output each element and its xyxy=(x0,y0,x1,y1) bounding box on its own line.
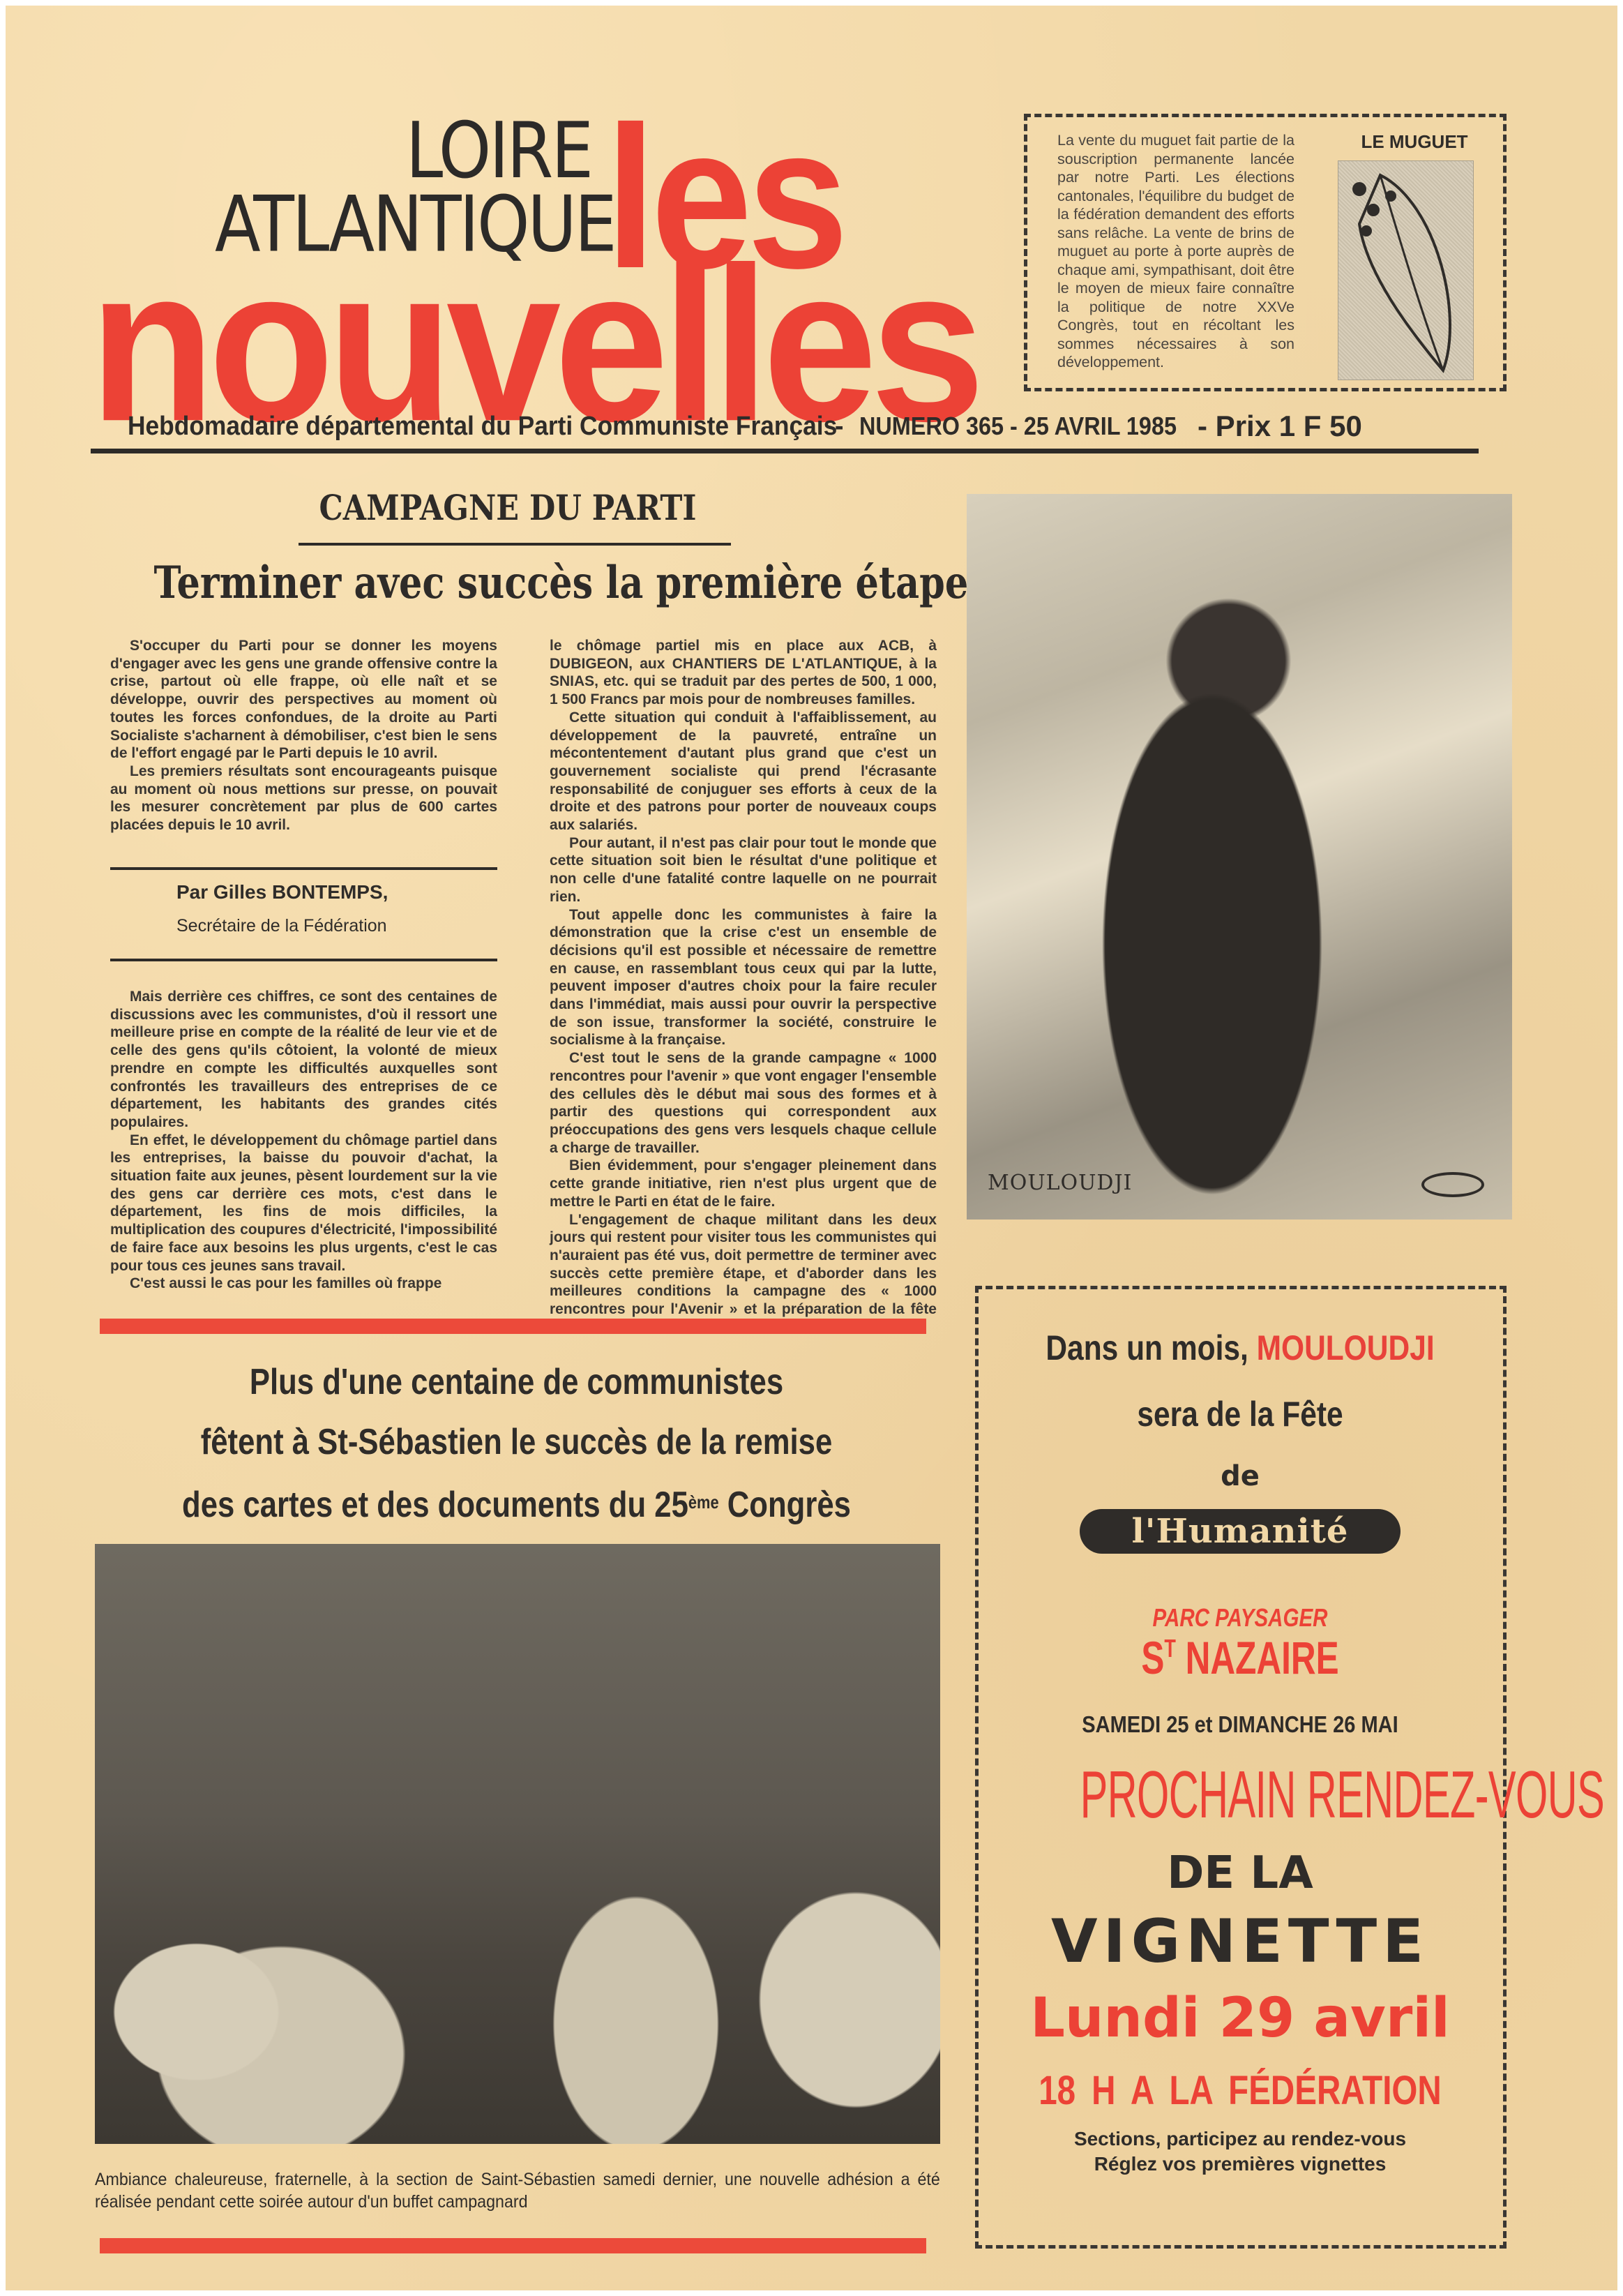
headline-line3-end: Congrès xyxy=(719,1485,851,1525)
ad-text: S xyxy=(1141,1632,1164,1683)
byline-top-rule xyxy=(110,867,497,870)
ad-date: Lundi 29 avril xyxy=(982,1987,1498,2050)
article-kicker: CAMPAGNE DU PARTI xyxy=(274,487,742,528)
headline-line: fêtent à St-Sébastien le succès de la re… xyxy=(160,1412,873,1472)
paragraph: Bien évidemment, pour s'engager pleineme… xyxy=(550,1157,937,1210)
masthead-subtitle-bar: Hebdomadaire départemental du Parti Comm… xyxy=(128,409,1495,444)
ad-time-place: 18 H A LA FÉDÉRATION xyxy=(1029,2067,1452,2114)
issue-price: - Prix 1 F 50 xyxy=(1198,410,1362,443)
record-label-logo-icon xyxy=(1421,1172,1484,1197)
section-red-rule-top xyxy=(100,1319,926,1334)
ad-note-line: Réglez vos premières vignettes xyxy=(982,2152,1498,2177)
byline-bottom-rule xyxy=(110,959,497,961)
section-red-rule-bottom xyxy=(100,2238,926,2253)
st-sebastien-photo xyxy=(95,1544,940,2144)
paragraph: Les premiers résultats sont encourageant… xyxy=(110,763,497,834)
article-col2-body: le chômage partiel mis en place aux ACB,… xyxy=(550,637,937,1336)
muguet-body: La vente du muguet fait partie de la sou… xyxy=(1057,131,1294,372)
ad-line-de: de xyxy=(982,1460,1498,1492)
paragraph: S'occuper du Parti pour se donner les mo… xyxy=(110,637,497,763)
masthead-title-nouvelles: nouvelles xyxy=(89,271,978,417)
paragraph: Pour autant, il n'est pas clair pour tou… xyxy=(550,834,937,906)
ad-artist-name: MOULOUDJI xyxy=(1257,1328,1435,1367)
lily-of-the-valley-icon xyxy=(1338,161,1474,381)
ad-vignette: VIGNETTE xyxy=(982,1907,1498,1976)
humanite-logo: l'Humanité xyxy=(1080,1509,1401,1554)
headline-line: Plus d'une centaine de communistes xyxy=(160,1352,873,1412)
ad-de-la: DE LA xyxy=(982,1847,1498,1899)
headline-line3-text: des cartes et des documents du 25 xyxy=(182,1485,688,1525)
masthead-divider xyxy=(91,449,1479,453)
paragraph: C'est tout le sens de la grande campagne… xyxy=(550,1049,937,1157)
ad-dates: SAMEDI 25 et DIMANCHE 26 MAI xyxy=(1013,1711,1467,1738)
ad-line-sera-de-la-fete: sera de la Fête xyxy=(1021,1394,1460,1434)
byline-author: Par Gilles BONTEMPS, xyxy=(176,881,388,903)
paragraph: L'engagement de chaque militant dans les… xyxy=(550,1211,937,1337)
st-sebastien-headline: Plus d'une centaine de communistes fêten… xyxy=(160,1352,873,1535)
article-col1-body: Mais derrière ces chiffres, ce sont des … xyxy=(110,988,497,1293)
kicker-underline xyxy=(299,543,731,546)
masthead-tagline: Hebdomadaire départemental du Parti Comm… xyxy=(128,412,837,442)
muguet-title: LE MUGUET xyxy=(1345,131,1484,153)
muguet-illustration xyxy=(1338,160,1474,380)
issue-number-date: NUMERO 365 - 25 AVRIL 1985 xyxy=(859,412,1177,441)
ad-note: Sections, participez au rendez-vous Régl… xyxy=(982,2126,1498,2177)
article-headline: Terminer avec succès la première étape xyxy=(154,557,869,609)
ad-text: Dans un mois, xyxy=(1045,1328,1256,1367)
masthead-region-line1: LOIRE xyxy=(215,114,591,188)
newspaper-page: LOIRE ATLANTIQUE les nouvelles Hebdomada… xyxy=(6,6,1617,2290)
paragraph: Cette situation qui conduit à l'affaibli… xyxy=(550,709,937,834)
ad-rendez-vous: PROCHAIN RENDEZ-VOUS xyxy=(1080,1757,1401,1833)
humanite-logo-text: l'Humanité xyxy=(1132,1512,1349,1551)
article-col1-intro: S'occuper du Parti pour se donner les mo… xyxy=(110,637,497,834)
headline-line: des cartes et des documents du 25ème Con… xyxy=(160,1472,873,1535)
ad-text: NAZAIRE xyxy=(1176,1632,1339,1683)
paragraph: Mais derrière ces chiffres, ce sont des … xyxy=(110,988,497,1132)
paragraph: Tout appelle donc les communistes à fair… xyxy=(550,906,937,1050)
paragraph: C'est aussi le cas pour les familles où … xyxy=(110,1275,497,1293)
byline-role: Secrétaire de la Fédération xyxy=(176,916,387,936)
ad-text-sup: T xyxy=(1164,1634,1176,1663)
ad-venue-city: ST NAZAIRE xyxy=(1047,1631,1434,1684)
st-sebastien-caption: Ambiance chaleureuse, fraternelle, à la … xyxy=(95,2168,940,2213)
ad-note-line: Sections, participez au rendez-vous xyxy=(982,2126,1498,2152)
mouloudji-photo xyxy=(967,494,1512,1220)
mouloudji-photo-caption: MOULOUDJI xyxy=(988,1171,1132,1195)
ad-venue-kicker: PARC PAYSAGER xyxy=(1029,1603,1452,1633)
paragraph: le chômage partiel mis en place aux ACB,… xyxy=(550,637,937,709)
paragraph: En effet, le développement du chômage pa… xyxy=(110,1132,497,1275)
headline-ordinal: ème xyxy=(688,1492,719,1513)
ad-line-dans-un-mois: Dans un mois, MOULOUDJI xyxy=(1021,1328,1460,1368)
